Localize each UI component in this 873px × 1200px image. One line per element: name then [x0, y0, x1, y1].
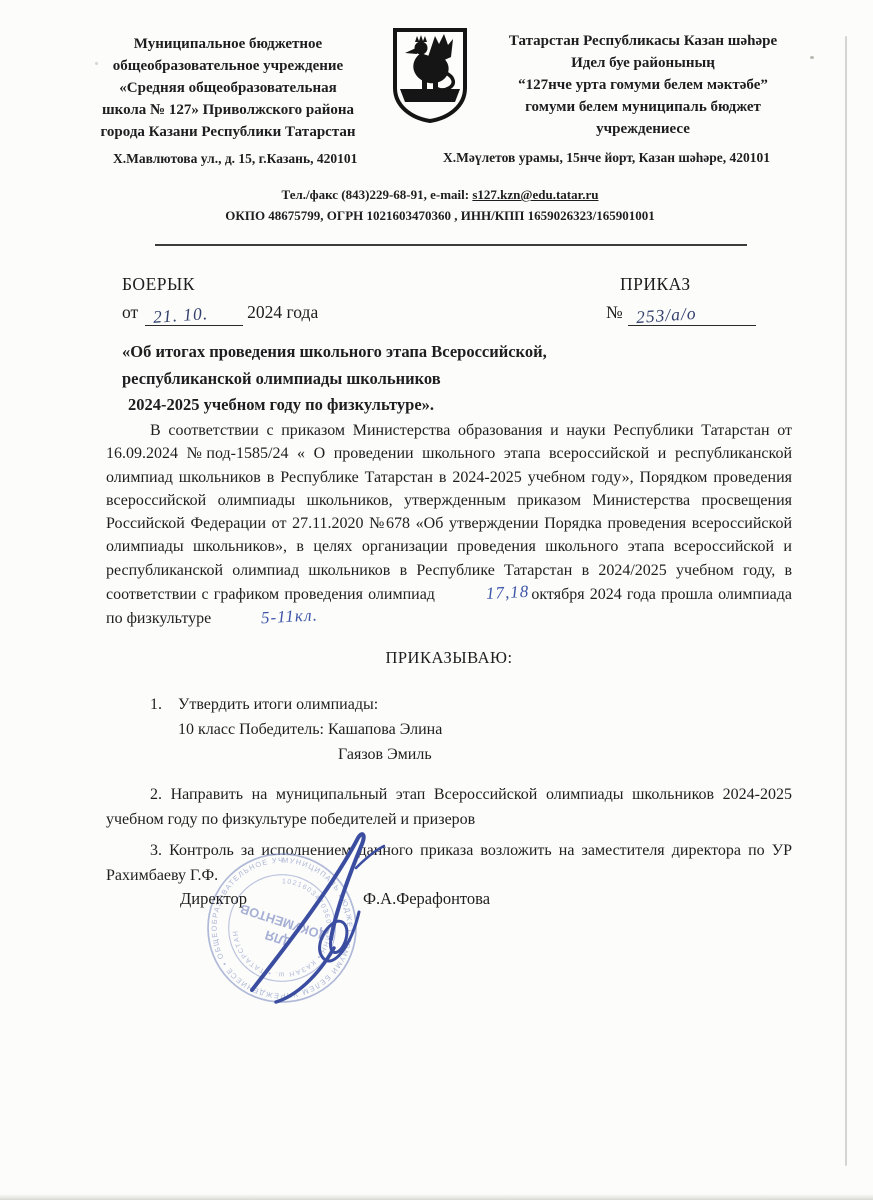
date-blank-line: 21. 10.: [145, 305, 243, 326]
order-number-line: №253/а/о: [606, 298, 756, 326]
email-text: s127.kzn@edu.tatar.ru: [472, 187, 598, 202]
org-ru-line: школа № 127» Приволжского района: [92, 99, 364, 121]
address-tatar: Х.Мәүлетов урамы, 15нче йорт, Казан шәһә…: [443, 150, 770, 166]
list-item-text: Утвердить итоги олимпиады:: [178, 696, 378, 713]
order-title-russian: ПРИКАЗ: [620, 270, 756, 298]
order-head-left: БОЕРЫК от21. 10.2024 года: [122, 270, 318, 326]
date-label: от: [122, 302, 138, 322]
org-tt-line: Татарстан Республикасы Казан шәһәре: [482, 30, 804, 52]
scanned-order-document: Муниципальное бюджетное общеобразователь…: [0, 0, 873, 1200]
list-item-winner: Гаязов Эмиль: [338, 742, 792, 767]
number-label: №: [606, 302, 623, 322]
contact-block: Тел./факс (843)229-68-91, e-mail: s127.k…: [90, 184, 790, 226]
scan-speck: [810, 56, 814, 59]
scan-speck: [95, 62, 98, 65]
resolution-list: 1.Утвердить итоги олимпиады: 10 класс По…: [106, 692, 792, 767]
subject-line: «Об итогах проведения школьного этапа Вс…: [122, 339, 722, 366]
handwritten-number: 253/а/о: [635, 299, 697, 331]
list-item-number: 1.: [150, 692, 178, 717]
list-item-winner: 10 класс Победитель: Кашапова Элина: [178, 717, 792, 742]
org-ru-line: «Средняя общеобразовательная: [92, 77, 364, 99]
order-body: В соответствии с приказом Министерства о…: [106, 419, 792, 888]
subject-line: республиканской олимпиады школьников: [122, 366, 722, 393]
body-paragraph-1: В соответствии с приказом Министерства о…: [106, 419, 792, 631]
org-tt-line: Идел буе районының: [482, 52, 804, 74]
org-tt-line: “127нче урта гомуми белем мәктәбе”: [482, 74, 804, 96]
org-name-russian: Муниципальное бюджетное общеобразователь…: [92, 33, 364, 143]
handwritten-date: 21. 10.: [152, 299, 209, 331]
org-tt-line: учреждениесе: [482, 118, 804, 140]
resolution-heading: ПРИКАЗЫВАЮ:: [106, 648, 792, 668]
org-tt-line: гомуми белем муниципаль бюджет: [482, 96, 804, 118]
handwritten-dates-inline: 17,18: [442, 580, 530, 608]
address-russian: Х.Мавлютова ул., д. 15, г.Казань, 420101: [113, 151, 357, 167]
date-year: 2024 года: [247, 302, 318, 322]
order-date-line: от21. 10.2024 года: [122, 298, 318, 326]
scan-bottom-shadow: [0, 1194, 873, 1200]
scan-edge-artifact: [845, 36, 847, 1166]
registration-codes-line: ОКПО 48675799, ОГРН 1021603470360 , ИНН/…: [90, 205, 790, 226]
handwritten-grades-inline: 5-11кл.: [217, 604, 319, 633]
letterhead-divider: [155, 244, 747, 246]
org-ru-line: города Казани Республики Татарстан: [92, 121, 364, 143]
list-item: 1.Утвердить итоги олимпиады:: [106, 692, 792, 717]
org-ru-line: Муниципальное бюджетное: [92, 33, 364, 55]
kazan-coat-of-arms-icon: [390, 27, 470, 124]
paragraph-text: В соответствии с приказом Министерства о…: [106, 422, 792, 603]
phone-text: Тел./факс (843)229-68-91, e-mail:: [282, 187, 473, 202]
phone-email-line: Тел./факс (843)229-68-91, e-mail: s127.k…: [90, 184, 790, 205]
handwritten-signature: [238, 826, 388, 1012]
subject-line: 2024-2025 учебном году по физкультуре».: [122, 392, 722, 419]
resolution-item-2: 2. Направить на муниципальный этап Всеро…: [106, 782, 792, 832]
org-name-tatar: Татарстан Республикасы Казан шәһәре Идел…: [482, 30, 804, 140]
number-blank-line: 253/а/о: [628, 305, 756, 326]
order-head-right: ПРИКАЗ №253/а/о: [606, 270, 756, 326]
order-subject: «Об итогах проведения школьного этапа Вс…: [122, 339, 722, 419]
order-title-tatar: БОЕРЫК: [122, 270, 318, 298]
org-ru-line: общеобразовательное учреждение: [92, 55, 364, 77]
signature-role-label: Директор: [180, 889, 247, 909]
